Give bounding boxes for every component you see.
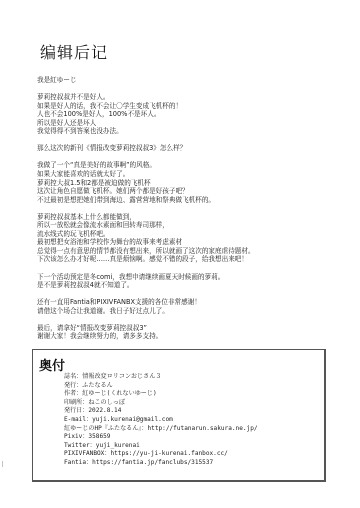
text-line: 我觉得得不到答案也没办法。 xyxy=(37,127,255,136)
colophon-publisher: 発行：ふたなるん xyxy=(64,382,258,391)
paragraph-good-or-bad: 萝莉控叔叔并不是好人。 如果是好人的话，我不会让〇学生变成飞机杯的！ 人也不会1… xyxy=(37,93,255,136)
text-line: 请借这个场合让我道谢。我日子好过点儿了。 xyxy=(37,307,255,316)
colophon-twitter: Twitter：yuji_kurenai xyxy=(64,442,258,451)
colophon-fanbox: PIXIVFANBOX：https://yu-ji-kurenai.fanbox… xyxy=(64,450,258,459)
colophon-fantia: Fantia：https://fantia.jp/fanclubs/315537 xyxy=(64,459,258,468)
text-line: 是不是萝莉控叔叔4就不知道了。 xyxy=(37,281,255,290)
text-line: 这次让角色自愿做飞机杯。她们两个都是好孩子吧？ xyxy=(37,187,255,196)
colophon-author: 作者：紅ゆーじ(くれないゆーじ) xyxy=(64,390,258,399)
text-line: 萝莉控叔叔基本上什么都能做到， xyxy=(37,213,255,222)
colophon-homepage: 紅ゆーじのHP『ふたなるん』：http://futanarun.sakura.n… xyxy=(64,425,258,434)
text-line: 还有一直用Fantia和PIXIVFANBX支援的各位非常感谢！ xyxy=(37,298,255,307)
text-line: 萝莉控大叔1.5和2都是被迫做的飞机杯 xyxy=(37,179,255,188)
paragraph-story-ideas: 萝莉控叔叔基本上什么都能做到， 所以一放松就会像流水素面和回转寿司那样， 流水线… xyxy=(37,213,255,264)
paragraph-closing: 最后，请拿好“情报改变萝莉控叔叔3” 谢谢大家！我会继续努力的，请多多支持。 xyxy=(37,324,255,341)
text-line: 那么这次的新刊《情报改变萝莉控叔叔3》怎么样？ xyxy=(37,144,255,153)
text-line: 如果大家能喜欢的话就太好了。 xyxy=(37,170,255,179)
text-line: 下一个活动预定是冬comi，我想申请继续画夏天时候画的萝莉。 xyxy=(37,273,255,282)
paragraph-thanks-supporters: 还有一直用Fantia和PIXIVFANBX支援的各位非常感谢！ 请借这个场合让… xyxy=(37,298,255,315)
text-line: 如果是好人的话，我不会让〇学生变成飞机杯的！ xyxy=(37,102,255,111)
colophon-magazine-name: 誌名：情報改変ロリコンおじさん３ xyxy=(64,373,258,382)
text-line: 我做了一个“真是美好的故事啊”的风格。 xyxy=(37,161,255,170)
text-line: 所以一放松就会像流水素面和回转寿司那样， xyxy=(37,221,255,230)
paragraph-intro: 我是紅ゆーじ xyxy=(37,76,255,85)
page-title: 编辑后记 xyxy=(40,40,108,63)
crop-mark xyxy=(2,461,7,467)
text-line: 所以是好人还是坏人 xyxy=(37,119,255,128)
paragraph-next-event: 下一个活动预定是冬comi，我想申请继续画夏天时候画的萝莉。 是不是萝莉控叔叔4… xyxy=(37,273,255,290)
text-line: 下次该怎么办才好呢……真是烦恼啊。感觉不错的段子，给我想出来吧！ xyxy=(37,255,255,264)
text-line: 我是紅ゆーじ xyxy=(37,76,255,85)
paragraph-question: 那么这次的新刊《情报改变萝莉控叔叔3》怎么样？ xyxy=(37,144,255,153)
colophon-title: 奥付 xyxy=(39,355,65,374)
colophon-box: 奥付 誌名：情報改変ロリコンおじさん３ 発行：ふたなるん 作者：紅ゆーじ(くれな… xyxy=(32,349,326,482)
text-line: 不过最初是想把她们带到海边、露营营地和祭典做飞机杯的。 xyxy=(37,196,255,205)
colophon-email: E-mail：yuji.kurenai@gmail.com xyxy=(64,416,258,425)
text-line: 萝莉控叔叔并不是好人。 xyxy=(37,93,255,102)
text-line: 最初想把女浴池和学校作为舞台的故事来考虑素材 xyxy=(37,238,255,247)
text-line: 谢谢大家！我会继续努力的，请多多支持。 xyxy=(37,332,255,341)
colophon-date: 発行日：2022.8.14 xyxy=(64,407,258,416)
afterword-body: 我是紅ゆーじ 萝莉控叔叔并不是好人。 如果是好人的话，我不会让〇学生变成飞机杯的… xyxy=(37,76,255,350)
paragraph-style: 我做了一个“真是美好的故事啊”的风格。 如果大家能喜欢的话就太好了。 萝莉控大叔… xyxy=(37,161,255,204)
colophon-pixiv: Pixiv：358659 xyxy=(64,433,258,442)
colophon-details: 誌名：情報改変ロリコンおじさん３ 発行：ふたなるん 作者：紅ゆーじ(くれないゆー… xyxy=(64,373,258,468)
text-line: 人也不会100%是好人，100%不是坏人。 xyxy=(37,110,255,119)
